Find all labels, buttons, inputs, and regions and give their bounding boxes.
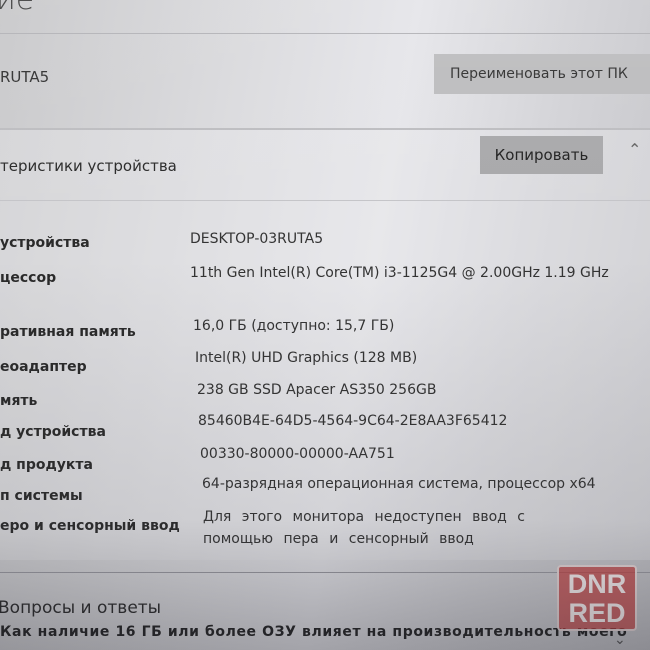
spec-label-pen-touch: еро и сенсорный ввод — [0, 518, 180, 534]
device-specifications-section — [0, 128, 650, 560]
chevron-down-icon[interactable]: ⌄ — [614, 632, 626, 648]
divider — [0, 33, 650, 34]
spec-value-device-name: DESKTOP-03RUTA5 — [190, 231, 323, 247]
spec-value-device-id: 85460B4E-64D5-4564-9C64-2E8AA3F65412 — [198, 413, 507, 429]
watermark-line1: DNR — [559, 570, 635, 599]
copy-button[interactable]: Копировать — [480, 136, 603, 174]
spec-value-system-type: 64-разрядная операционная система, проце… — [202, 476, 596, 492]
faq-question-link[interactable]: Как наличие 16 ГБ или более ОЗУ влияет н… — [0, 624, 627, 640]
spec-value-graphics: Intel(R) UHD Graphics (128 MB) — [195, 350, 417, 366]
device-name: RUTA5 — [0, 68, 49, 86]
divider — [0, 572, 650, 573]
faq-title: Вопросы и ответы — [0, 598, 161, 618]
spec-label-ram: ративная память — [0, 324, 136, 340]
watermark-logo: DNR RED — [557, 565, 637, 631]
rename-pc-button[interactable]: Переименовать этот ПК — [434, 54, 650, 94]
spec-value-storage: 238 GB SSD Apacer AS350 256GB — [197, 382, 436, 398]
spec-value-product-id: 00330-80000-00000-AA751 — [200, 446, 395, 462]
page-title: ие — [0, 0, 34, 17]
spec-label-processor: цессор — [0, 270, 56, 286]
chevron-up-icon[interactable]: ⌃ — [628, 140, 641, 159]
spec-label-product-id: д продукта — [0, 457, 93, 473]
watermark-line2: RED — [559, 599, 635, 628]
spec-label-device-id: д устройства — [0, 424, 106, 440]
spec-label-system-type: п системы — [0, 488, 83, 504]
spec-value-processor: 11th Gen Intel(R) Core(TM) i3-1125G4 @ 2… — [190, 262, 610, 284]
divider — [0, 200, 650, 201]
spec-label-storage: мять — [0, 393, 37, 409]
section-title: теристики устройства — [0, 157, 177, 175]
spec-value-ram: 16,0 ГБ (доступно: 15,7 ГБ) — [193, 318, 394, 334]
spec-value-pen-touch: Для этого монитора недоступен ввод с пом… — [203, 506, 603, 550]
spec-label-device-name: устройства — [0, 235, 90, 251]
spec-label-graphics: еоадаптер — [0, 359, 87, 375]
